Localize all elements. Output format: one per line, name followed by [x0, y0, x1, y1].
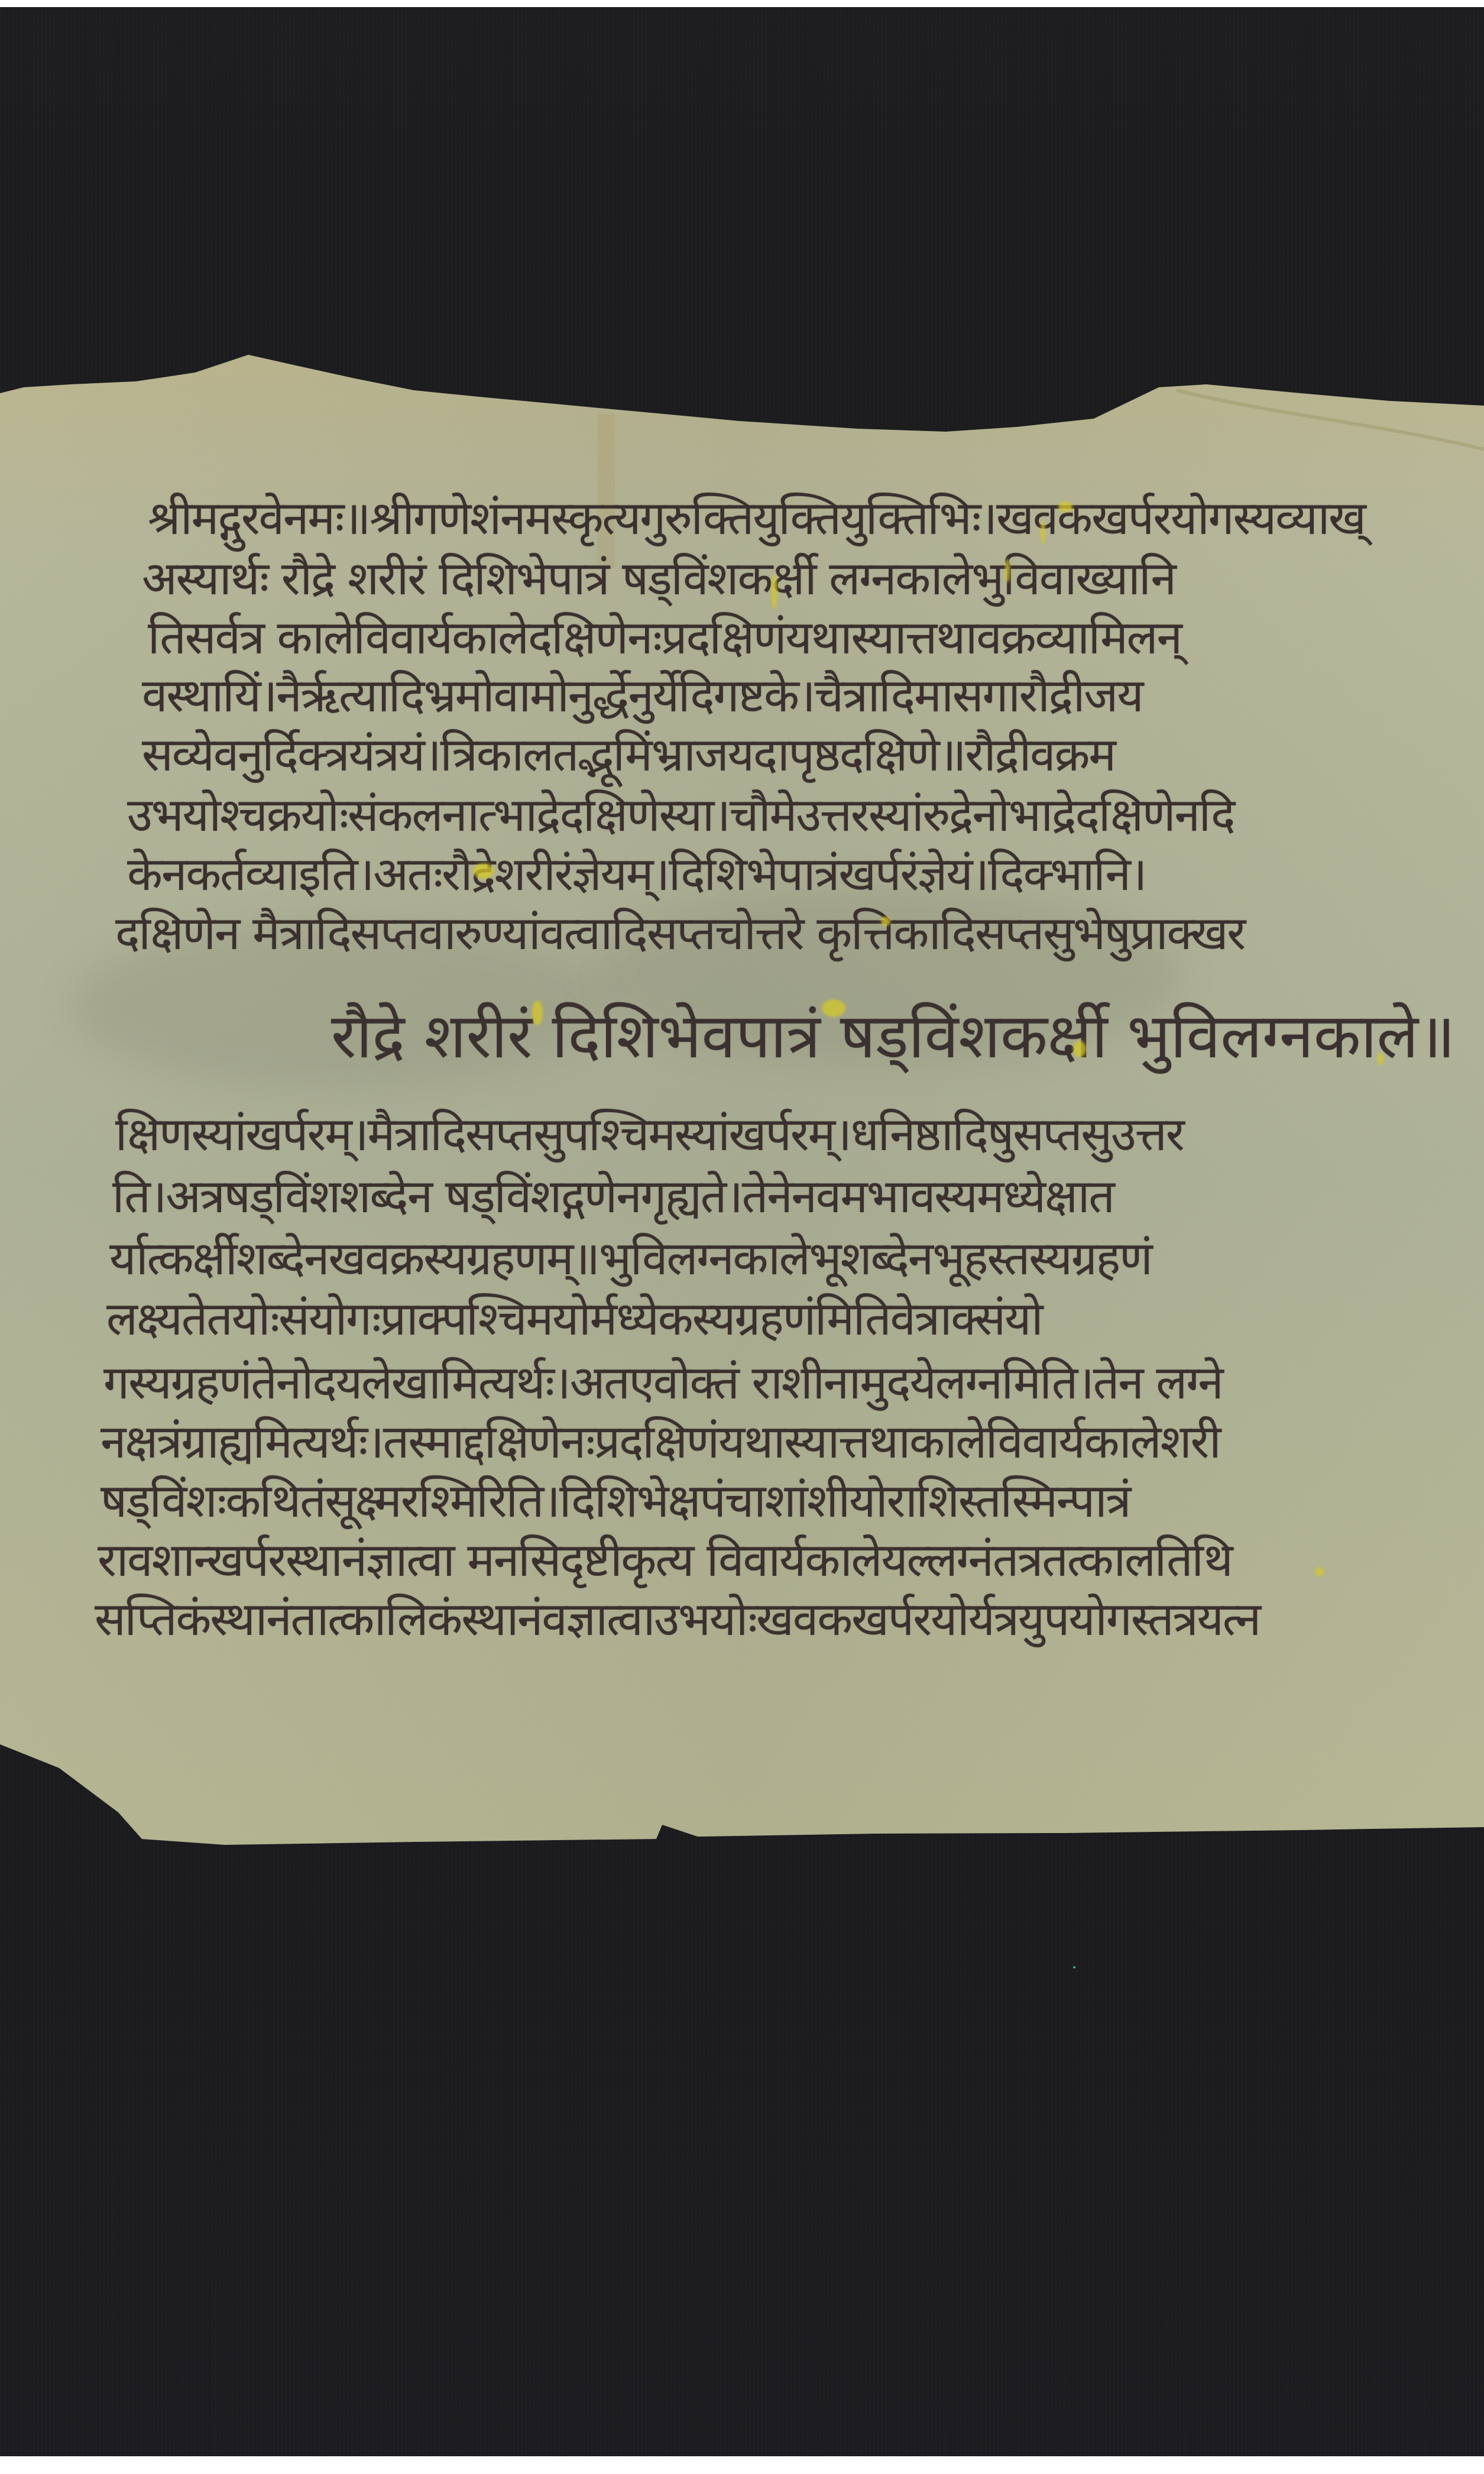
yellow-correction-mark: [1315, 1567, 1324, 1576]
lower-line-3: र्यात्कर्क्षीशब्देनखवक्रस्यग्रहणम्॥भुविल…: [109, 1236, 1152, 1282]
upper-line-4: वस्थायिं।नैर्ऋत्यादिभ्रमोवामोनुर्द्धेनुर…: [142, 673, 1142, 719]
upper-line-6: उभयोश्चक्रयोःसंकलनात्भाद्रेदक्षिणेस्या।च…: [127, 792, 1234, 838]
lower-line-4: लक्ष्यतेतयोःसंयोगःप्राक्पश्चिमयोर्मध्येक…: [106, 1296, 1042, 1342]
upper-line-3: तिसर्वत्र कालेविवार्यकालेदक्षिणेनःप्रदक्…: [148, 615, 1181, 661]
yellow-correction-mark: [1378, 1053, 1383, 1066]
yellow-correction-mark: [1058, 501, 1073, 512]
upper-line-2: अस्यार्थः रौद्रे शरीरं दिशिभेपात्रं षड्व…: [142, 556, 1175, 602]
lower-line-2: ति।अत्रषड्विंशशब्देन षड्विंशद्गणेनगृह्यत…: [112, 1174, 1114, 1220]
lower-line-8: रावशान्खर्परस्थानंज्ञात्वा मनसिदृष्टीकृत…: [98, 1537, 1232, 1584]
verse-line: रौद्रे शरीरं दिशिभेवपात्रं षड्विंशकर्क्ष…: [331, 1005, 1455, 1067]
lower-line-9: सप्तिकंस्थानंतात्कालिकंस्थानंवज्ञात्वाउभ…: [95, 1597, 1260, 1643]
upper-line-7: केनकर्तव्याइति।अतःरौद्रेशरीरंज्ञेयम्।दिश…: [127, 851, 1146, 898]
yellow-correction-mark: [473, 863, 494, 879]
yellow-correction-mark: [881, 917, 890, 926]
yellow-correction-mark: [772, 574, 777, 609]
yellow-correction-mark: [1073, 1041, 1086, 1057]
lower-line-5: गस्यग्रहणंतेनोदयलेखामित्यर्थः।अतएवोक्तं …: [103, 1360, 1222, 1406]
yellow-correction-mark: [1005, 559, 1010, 582]
yellow-correction-mark: [822, 999, 845, 1017]
dust-speck: [1073, 1966, 1075, 1968]
upper-line-5: सव्येवनुर्दिक्त्रयंत्रयं।त्रिकालतद्भूमिं…: [142, 732, 1115, 778]
lower-line-1: क्षिणस्यांखर्परम्।मैत्रादिसप्तसुपश्चिमस्…: [115, 1112, 1184, 1158]
manuscript-text: श्रीमद्गुरवेनमः॥श्रीगणेशंनमस्कृत्यगुरुक्…: [0, 0, 1484, 2474]
lower-line-6: नक्षत्रंग्राह्यमित्यर्थः।तस्माद्दक्षिणेन…: [101, 1419, 1220, 1465]
upper-line-1: श्रीमद्गुरवेनमः॥श्रीगणेशंनमस्कृत्यगुरुक्…: [148, 496, 1365, 542]
manuscript-folio: श्रीमद्गुरवेनमः॥श्रीगणेशंनमस्कृत्यगुरुक्…: [0, 0, 1484, 2474]
yellow-correction-mark: [532, 1000, 543, 1025]
yellow-correction-mark: [1041, 520, 1045, 544]
lower-line-7: षड्विंशःकथितंसूक्ष्मरश्मिरिति।दिशिभेक्षप…: [101, 1478, 1130, 1524]
upper-line-8: दक्षिणेन मैत्रादिसप्तवारुण्यांवत्वादिसप्…: [115, 911, 1245, 957]
